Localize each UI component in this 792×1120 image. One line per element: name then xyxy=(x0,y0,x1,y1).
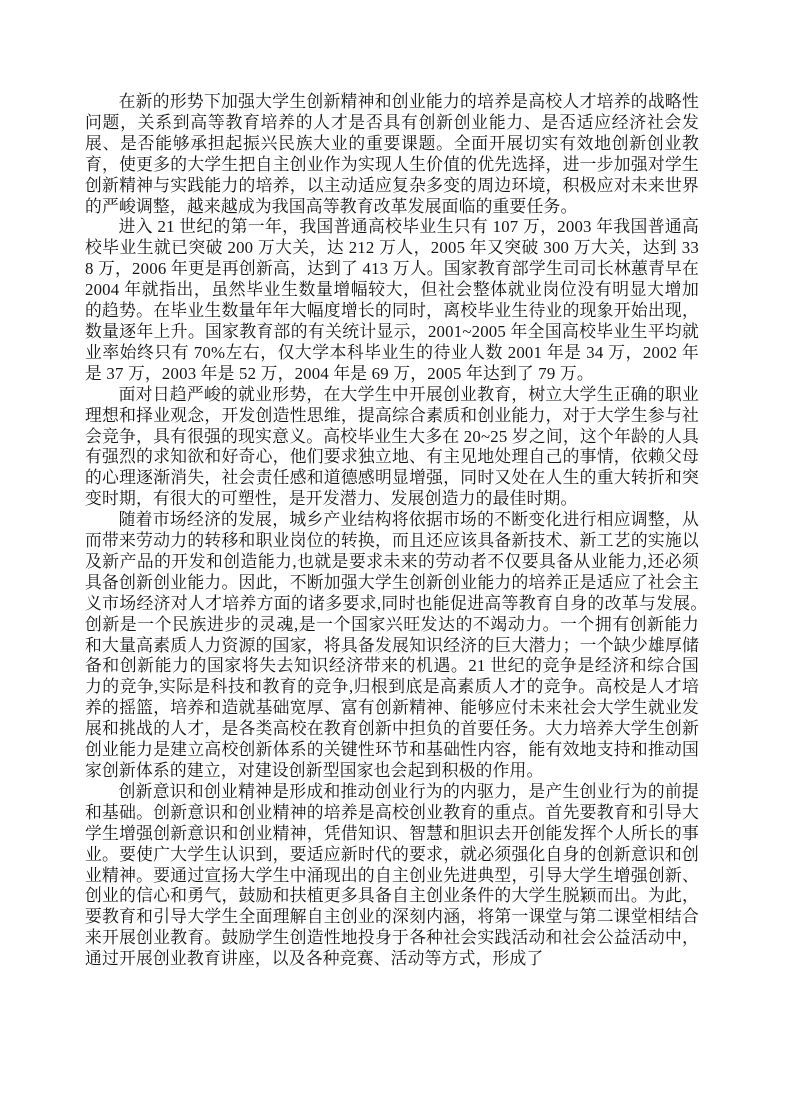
paragraph-1: 在新的形势下加强大学生创新精神和创业能力的培养是高校人才培养的战略性问题，关系到… xyxy=(85,92,699,217)
paragraph-5: 创新意识和创业精神是形成和推动创业行为的内驱力，是产生创业行为的前提和基础。创新… xyxy=(85,782,699,970)
paragraph-3: 面对日趋严峻的就业形势，在大学生中开展创业教育，树立大学生正确的职业理想和择业观… xyxy=(85,385,699,510)
document-page: 在新的形势下加强大学生创新精神和创业能力的培养是高校人才培养的战略性问题，关系到… xyxy=(0,0,792,1120)
paragraph-2: 进入 21 世纪的第一年，我国普通高校毕业生只有 107 万，2003 年我国普… xyxy=(85,217,699,384)
paragraph-4: 随着市场经济的发展，城乡产业结构将依据市场的不断变化进行相应调整，从而带来劳动力… xyxy=(85,510,699,782)
document-text-block: 在新的形势下加强大学生创新精神和创业能力的培养是高校人才培养的战略性问题，关系到… xyxy=(85,92,699,970)
